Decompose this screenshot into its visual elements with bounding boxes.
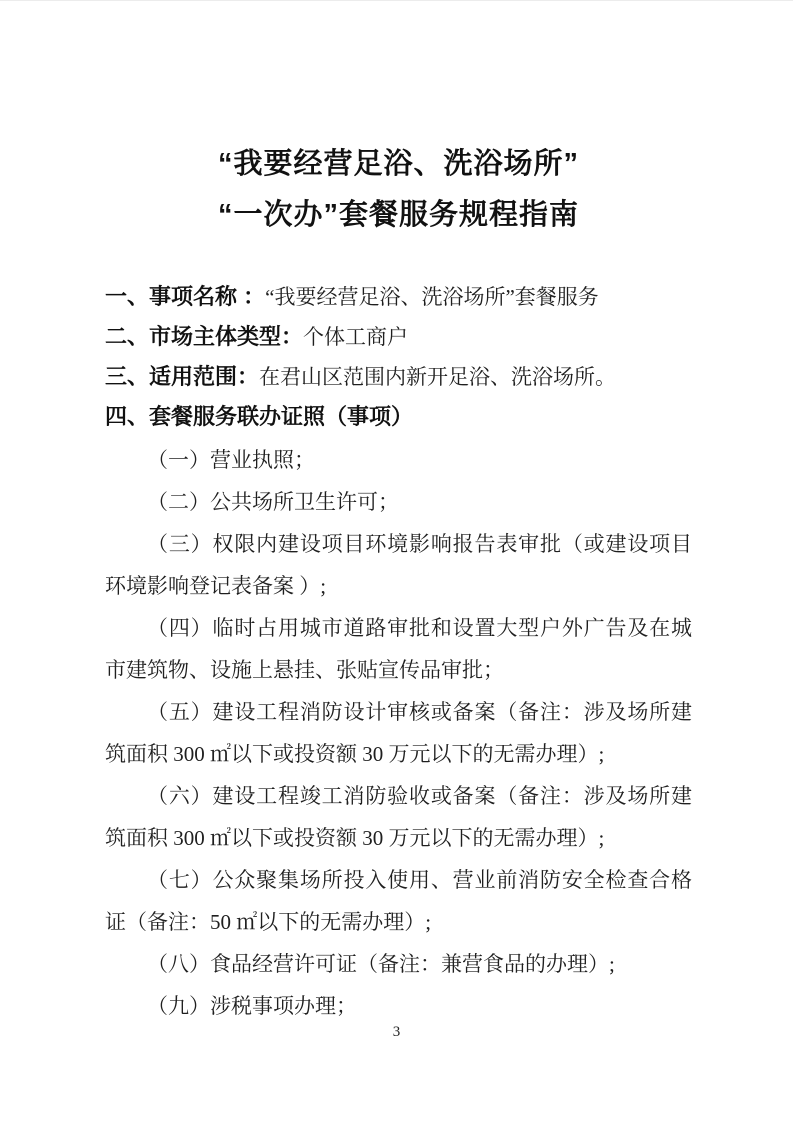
document-page: “我要经营足浴、洗浴场所” “一次办”套餐服务规程指南 一、事项名称 ：“我要经… xyxy=(0,0,793,1122)
license-item-1: （一）营业执照； xyxy=(105,439,692,481)
field-entity-type: 二、市场主体类型：个体工商户 xyxy=(105,317,692,357)
license-item-5: （五）建设工程消防设计审核或备案（备注：涉及场所建筑面积 300 ㎡以下或投资额… xyxy=(105,691,692,775)
field-joint-licenses-heading: 四、套餐服务联办证照（事项） xyxy=(105,397,692,437)
field-scope: 三、适用范围：在君山区范围内新开足浴、洗浴场所。 xyxy=(105,357,692,397)
license-item-list: （一）营业执照； （二）公共场所卫生许可； （三）权限内建设项目环境影响报告表审… xyxy=(105,439,692,1027)
title-line-2: “一次办”套餐服务规程指南 xyxy=(105,190,692,241)
field-label-entity-type: 二、市场主体类型： xyxy=(105,324,303,349)
document-title: “我要经营足浴、洗浴场所” “一次办”套餐服务规程指南 xyxy=(105,139,692,241)
field-list: 一、事项名称 ：“我要经营足浴、洗浴场所”套餐服务 二、市场主体类型：个体工商户… xyxy=(105,277,692,437)
page-number: 3 xyxy=(0,1021,793,1043)
license-item-7: （七）公众聚集场所投入使用、营业前消防安全检查合格证（备注：50 ㎡以下的无需办… xyxy=(105,859,692,943)
title-line-1: “我要经营足浴、洗浴场所” xyxy=(105,139,692,190)
license-item-8: （八）食品经营许可证（备注：兼营食品的办理）; xyxy=(105,943,692,985)
license-item-4: （四）临时占用城市道路审批和设置大型户外广告及在城市建筑物、设施上悬挂、张贴宣传… xyxy=(105,607,692,691)
field-value-item-name: “我要经营足浴、洗浴场所”套餐服务 xyxy=(265,285,599,309)
field-label-item-name: 一、事项名称 ： xyxy=(105,284,265,309)
field-value-scope: 在君山区范围内新开足浴、洗浴场所。 xyxy=(259,365,616,389)
license-item-6: （六）建设工程竣工消防验收或备案（备注：涉及场所建筑面积 300 ㎡以下或投资额… xyxy=(105,775,692,859)
field-value-entity-type: 个体工商户 xyxy=(303,325,408,349)
field-item-name: 一、事项名称 ：“我要经营足浴、洗浴场所”套餐服务 xyxy=(105,277,692,317)
field-label-joint-licenses: 四、套餐服务联办证照（事项） xyxy=(105,404,413,429)
field-label-scope: 三、适用范围： xyxy=(105,364,259,389)
license-item-2: （二）公共场所卫生许可； xyxy=(105,481,692,523)
license-item-3: （三）权限内建设项目环境影响报告表审批（或建设项目环境影响登记表备案 ）; xyxy=(105,523,692,607)
